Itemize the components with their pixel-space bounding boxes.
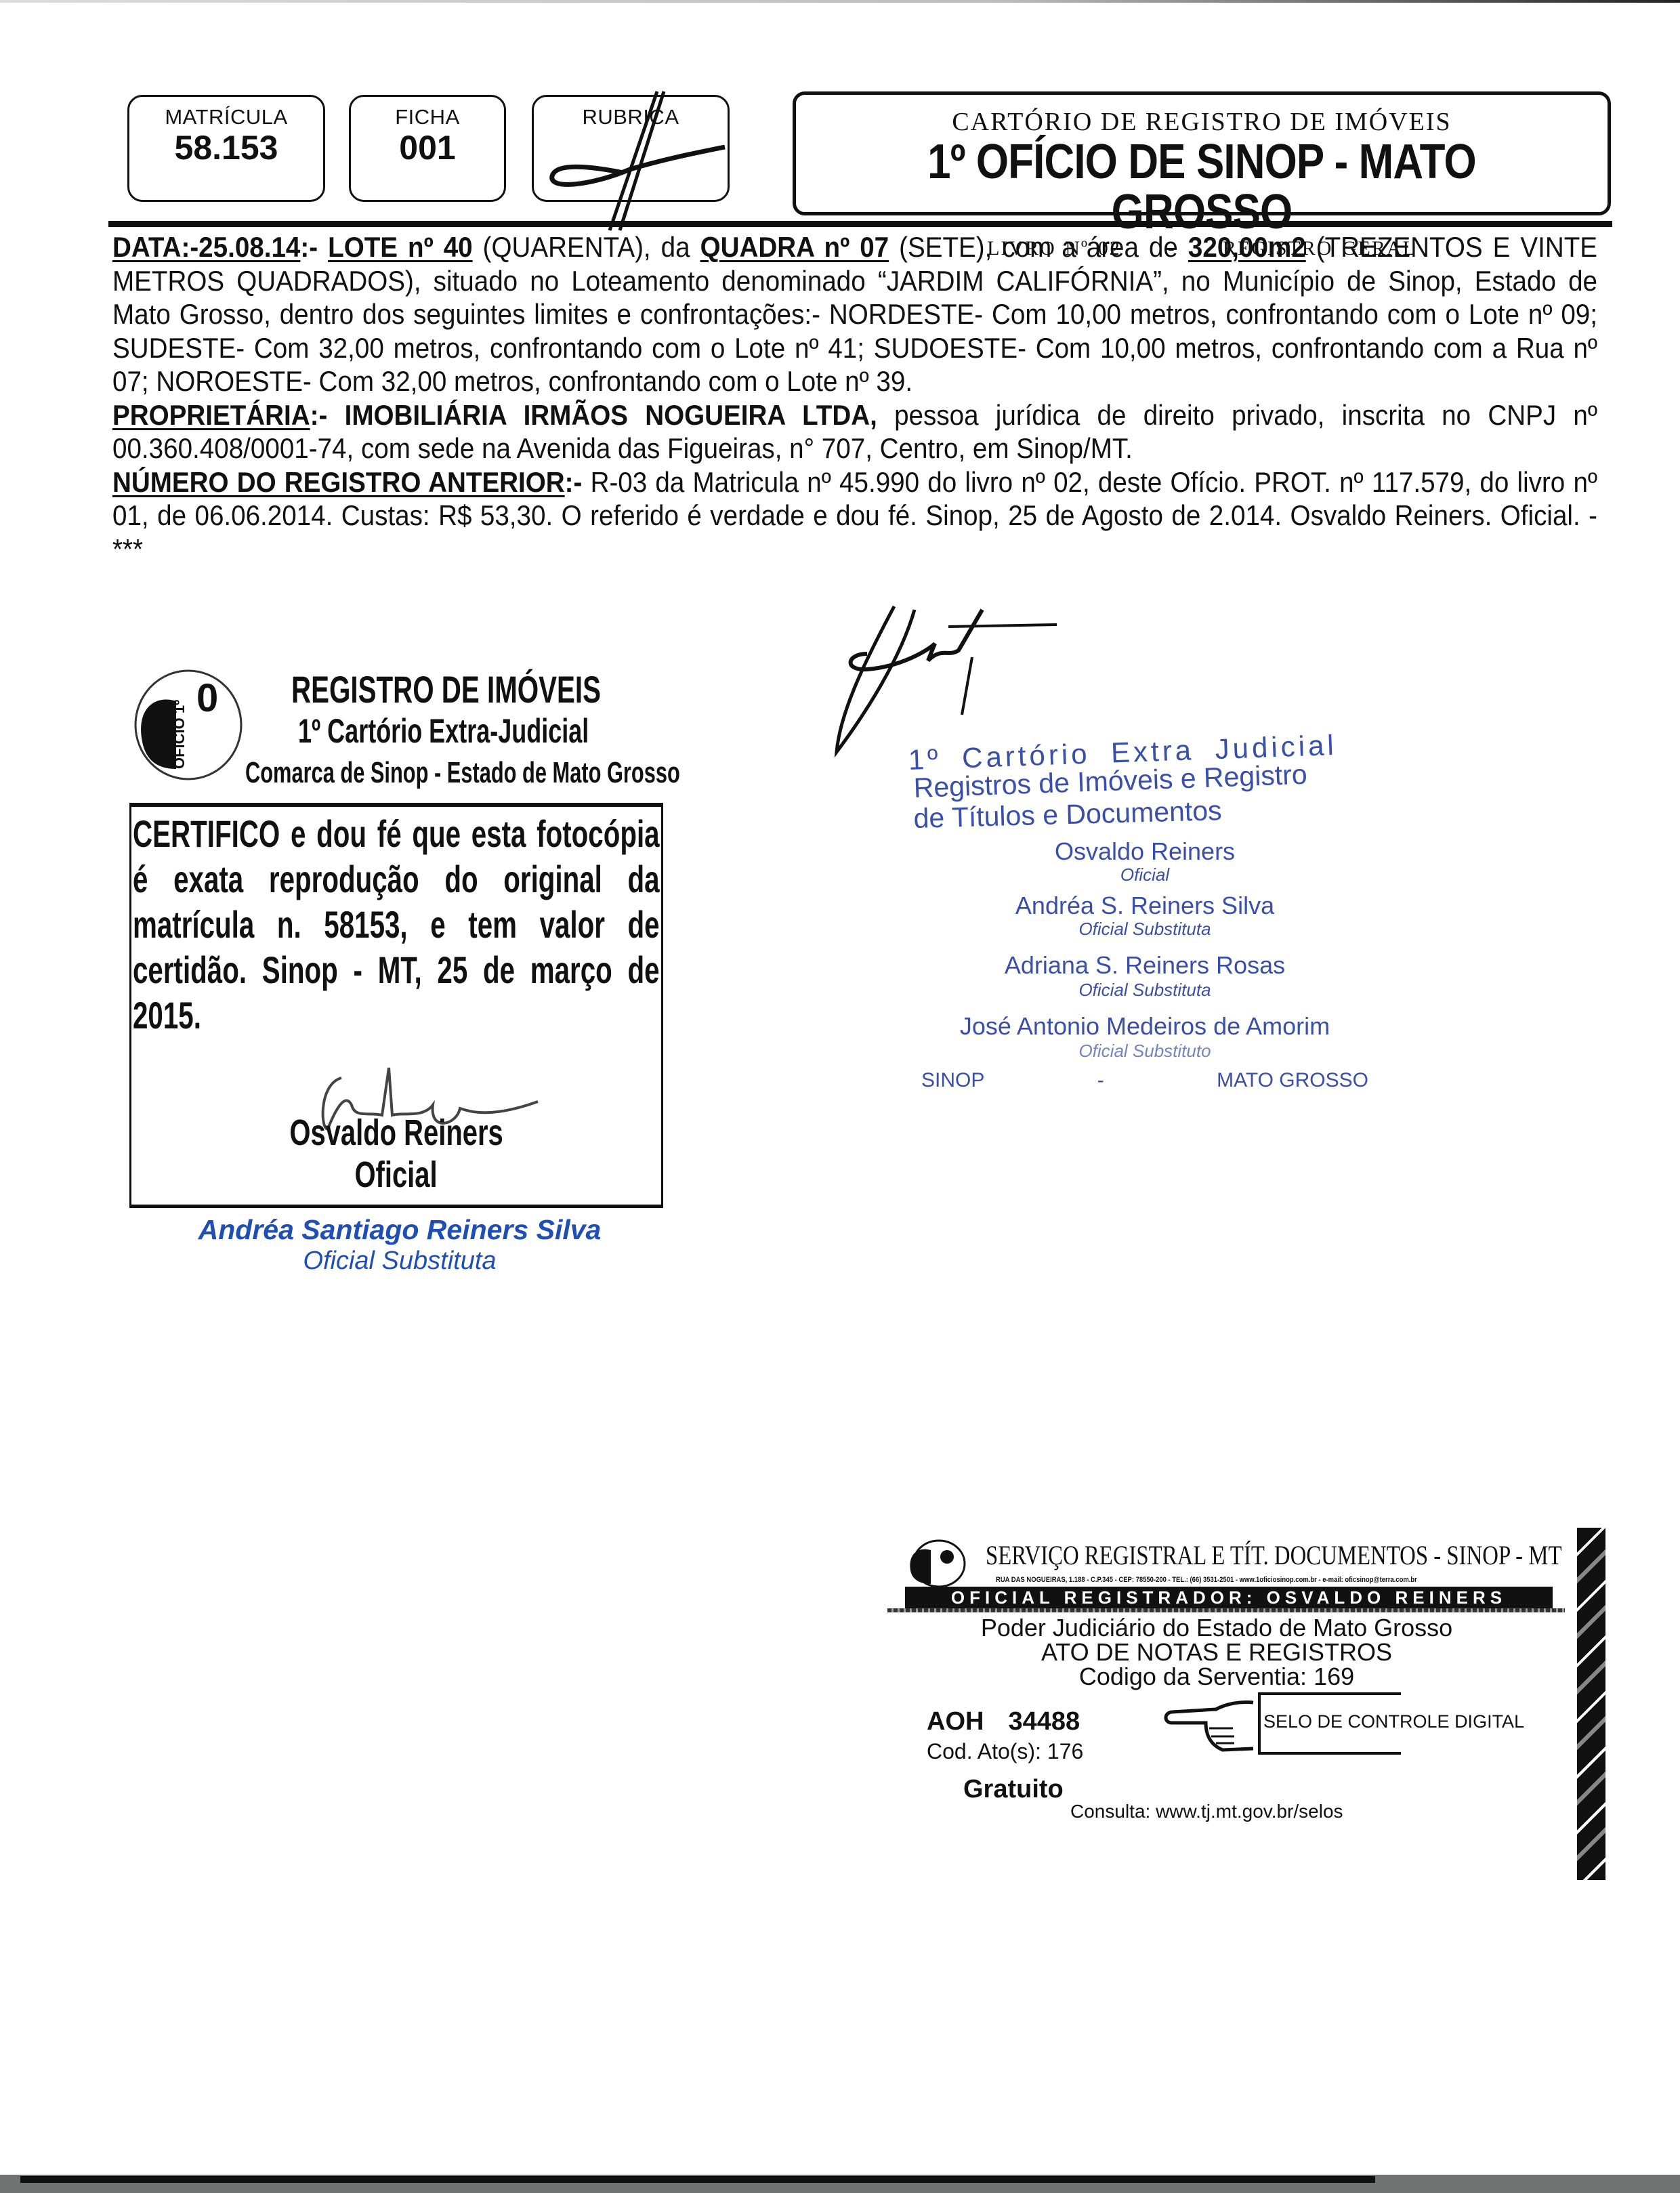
stamp-person-name: Osvaldo Reiners <box>908 837 1382 866</box>
quadra-label: QUADRA nº 07 <box>700 231 889 263</box>
certificate-signer-role: Oficial <box>355 1154 438 1196</box>
stamp-person-name: Adriana S. Reiners Rosas <box>908 951 1382 980</box>
svg-text:OFÍCIO 1º: OFÍCIO 1º <box>171 700 188 769</box>
matricula-box: MATRÍCULA 58.153 <box>127 95 325 202</box>
stamp-person-name: José Antonio Medeiros de Amorim <box>908 1012 1382 1041</box>
stamp-person-role: Oficial <box>908 864 1382 885</box>
certificate-signer-name: Osvaldo Reiners <box>289 1112 503 1154</box>
seal-cod-atos: Cod. Ato(s): 176 <box>927 1739 1083 1764</box>
office-title-box: CARTÓRIO DE REGISTRO DE IMÓVEIS 1º OFÍCI… <box>793 91 1611 215</box>
ficha-box: FICHA 001 <box>349 95 506 202</box>
registro-anterior-label: NÚMERO DO REGISTRO ANTERIOR <box>112 466 565 498</box>
stamp-title: REGISTRO DE IMÓVEIS <box>291 667 601 711</box>
certificate-box: CERTIFICO e dou fé que esta fotocópia é … <box>129 803 663 1208</box>
proprietaria-label: PROPRIETÁRIA <box>112 399 310 431</box>
matricula-label: MATRÍCULA <box>129 105 323 129</box>
matricula-value: 58.153 <box>129 128 323 167</box>
stamp-footer-separator: - <box>1097 1069 1104 1092</box>
stamp-person-role: Oficial Substituto <box>908 1041 1382 1062</box>
scan-edge-bottom-shadow <box>20 2176 1375 2183</box>
seal-title: SERVIÇO REGISTRAL E TÍT. DOCUMENTOS - SI… <box>986 1539 1561 1571</box>
blue-stamp-footer: SINOP - MATO GROSSO <box>921 1069 1368 1092</box>
oficio-logo-icon: 0 OFÍCIO 1º <box>129 667 244 782</box>
seal-divider <box>887 1608 1565 1612</box>
seal-code-number: 34488 <box>1008 1707 1080 1736</box>
substitute-name: Andréa Santiago Reiners Silva <box>122 1214 677 1246</box>
seal-registrar-bar: OFICIAL REGISTRADOR: OSVALDO REINERS <box>905 1587 1553 1608</box>
seal-gratuito: Gratuito <box>963 1775 1064 1804</box>
rubrica-label: RUBRICA <box>534 105 728 129</box>
stamp-state: MATO GROSSO <box>1217 1069 1368 1092</box>
svg-text:0: 0 <box>196 676 218 720</box>
registration-paragraph-1: DATA:-25.08.14:- LOTE nº 40 (QUARENTA), … <box>112 230 1597 398</box>
data-label: DATA:-25.08.14 <box>112 231 300 263</box>
seal-line-2: ATO DE NOTAS E REGISTROS <box>905 1639 1528 1666</box>
substitute-role: Oficial Substituta <box>122 1247 677 1276</box>
scan-edge-top <box>0 0 1680 3</box>
office-line-1: CARTÓRIO DE REGISTRO DE IMÓVEIS <box>796 107 1608 137</box>
seal-address: RUA DAS NOGUEIRAS, 1.188 - C.P.345 - CEP… <box>996 1576 1417 1584</box>
owner-name: IMOBILIÁRIA IRMÃOS NOGUEIRA LTDA, <box>345 399 877 431</box>
seal-logo-icon <box>905 1537 966 1591</box>
ficha-value: 001 <box>351 128 504 167</box>
stamp-person-name: Andréa S. Reiners Silva <box>908 892 1382 920</box>
pointing-hand-icon <box>1158 1696 1260 1753</box>
seal-security-strip <box>1577 1528 1605 1880</box>
seal-code-prefix: AOH <box>927 1707 984 1736</box>
stamp-comarca: Comarca de Sinop - Estado de Mato Grosso <box>245 756 680 790</box>
registration-text: DATA:-25.08.14:- LOTE nº 40 (QUARENTA), … <box>112 230 1597 566</box>
official-signature-icon <box>826 596 1179 759</box>
registration-paragraph-2: PROPRIETÁRIA:- IMOBILIÁRIA IRMÃOS NOGUEI… <box>112 398 1597 465</box>
lote-label: LOTE nº 40 <box>328 231 473 263</box>
seal-line-1: Poder Judiciário do Estado de Mato Gross… <box>905 1614 1528 1642</box>
selo-label: SELO DE CONTROLE DIGITAL <box>1263 1711 1524 1732</box>
area-label: 320,00m2 <box>1188 231 1306 263</box>
seal-line-3: Codigo da Serventia: 169 <box>905 1663 1528 1690</box>
ficha-label: FICHA <box>351 105 504 129</box>
stamp-subtitle: 1º Cartório Extra-Judicial <box>298 711 589 751</box>
seal-consulta: Consulta: www.tj.mt.gov.br/selos <box>1070 1801 1343 1822</box>
stamp-person-role: Oficial Substituta <box>908 919 1382 940</box>
stamp-city: SINOP <box>921 1069 984 1092</box>
rubrica-box: RUBRICA <box>532 95 730 202</box>
stamp-person-role: Oficial Substituta <box>908 980 1382 1001</box>
certificate-text: CERTIFICO e dou fé que esta fotocópia é … <box>133 811 660 1038</box>
header-divider <box>108 221 1612 227</box>
registration-paragraph-3: NÚMERO DO REGISTRO ANTERIOR:- R-03 da Ma… <box>112 465 1597 566</box>
seal-code: AOH34488 <box>927 1707 1080 1736</box>
